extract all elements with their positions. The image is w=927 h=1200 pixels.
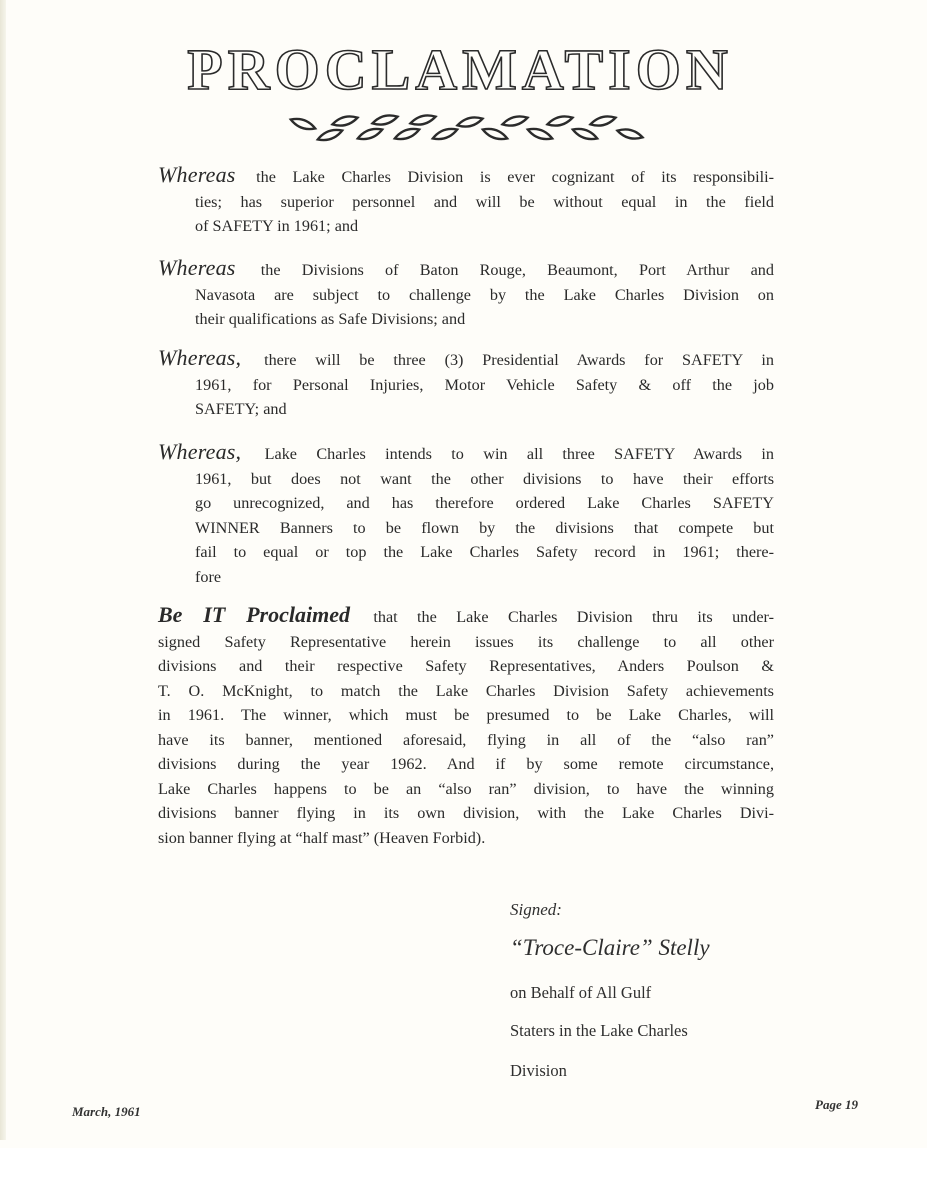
whereas-paragraph-2: Whereas the Divisions of Baton Rouge, Be… (158, 256, 774, 332)
proclamation-paragraph: Be IT Proclaimed that the Lake Charles D… (158, 603, 774, 850)
signatory-name: “Troce-Claire” Stelly (510, 935, 710, 961)
paragraph-lead: Be IT Proclaimed (158, 602, 350, 627)
paragraph-lead: Whereas, (158, 345, 241, 370)
paragraph-lead: Whereas (158, 255, 236, 280)
signature-line: Division (510, 1061, 567, 1081)
page-title: PROCLAMATION (170, 38, 750, 102)
paragraph-lead: Whereas (158, 162, 236, 187)
document-page: PROCLAMATION Whereas the Lake Charles Di… (0, 0, 927, 1148)
paragraph-lead: Whereas, (158, 439, 241, 464)
signature-line: on Behalf of All Gulf (510, 983, 651, 1003)
signature-line: Staters in the Lake Charles (510, 1021, 688, 1041)
page-edge (0, 0, 6, 1140)
signature-label: Signed: (510, 900, 562, 920)
laurel-vine-ornament-icon (285, 112, 645, 146)
whereas-paragraph-3: Whereas, there will be three (3) Preside… (158, 346, 774, 422)
footer-date: March, 1961 (72, 1104, 141, 1120)
page-number: Page 19 (815, 1097, 858, 1113)
whereas-paragraph-1: Whereas the Lake Charles Division is eve… (158, 163, 774, 239)
whereas-paragraph-4: Whereas, Lake Charles intends to win all… (158, 440, 774, 589)
